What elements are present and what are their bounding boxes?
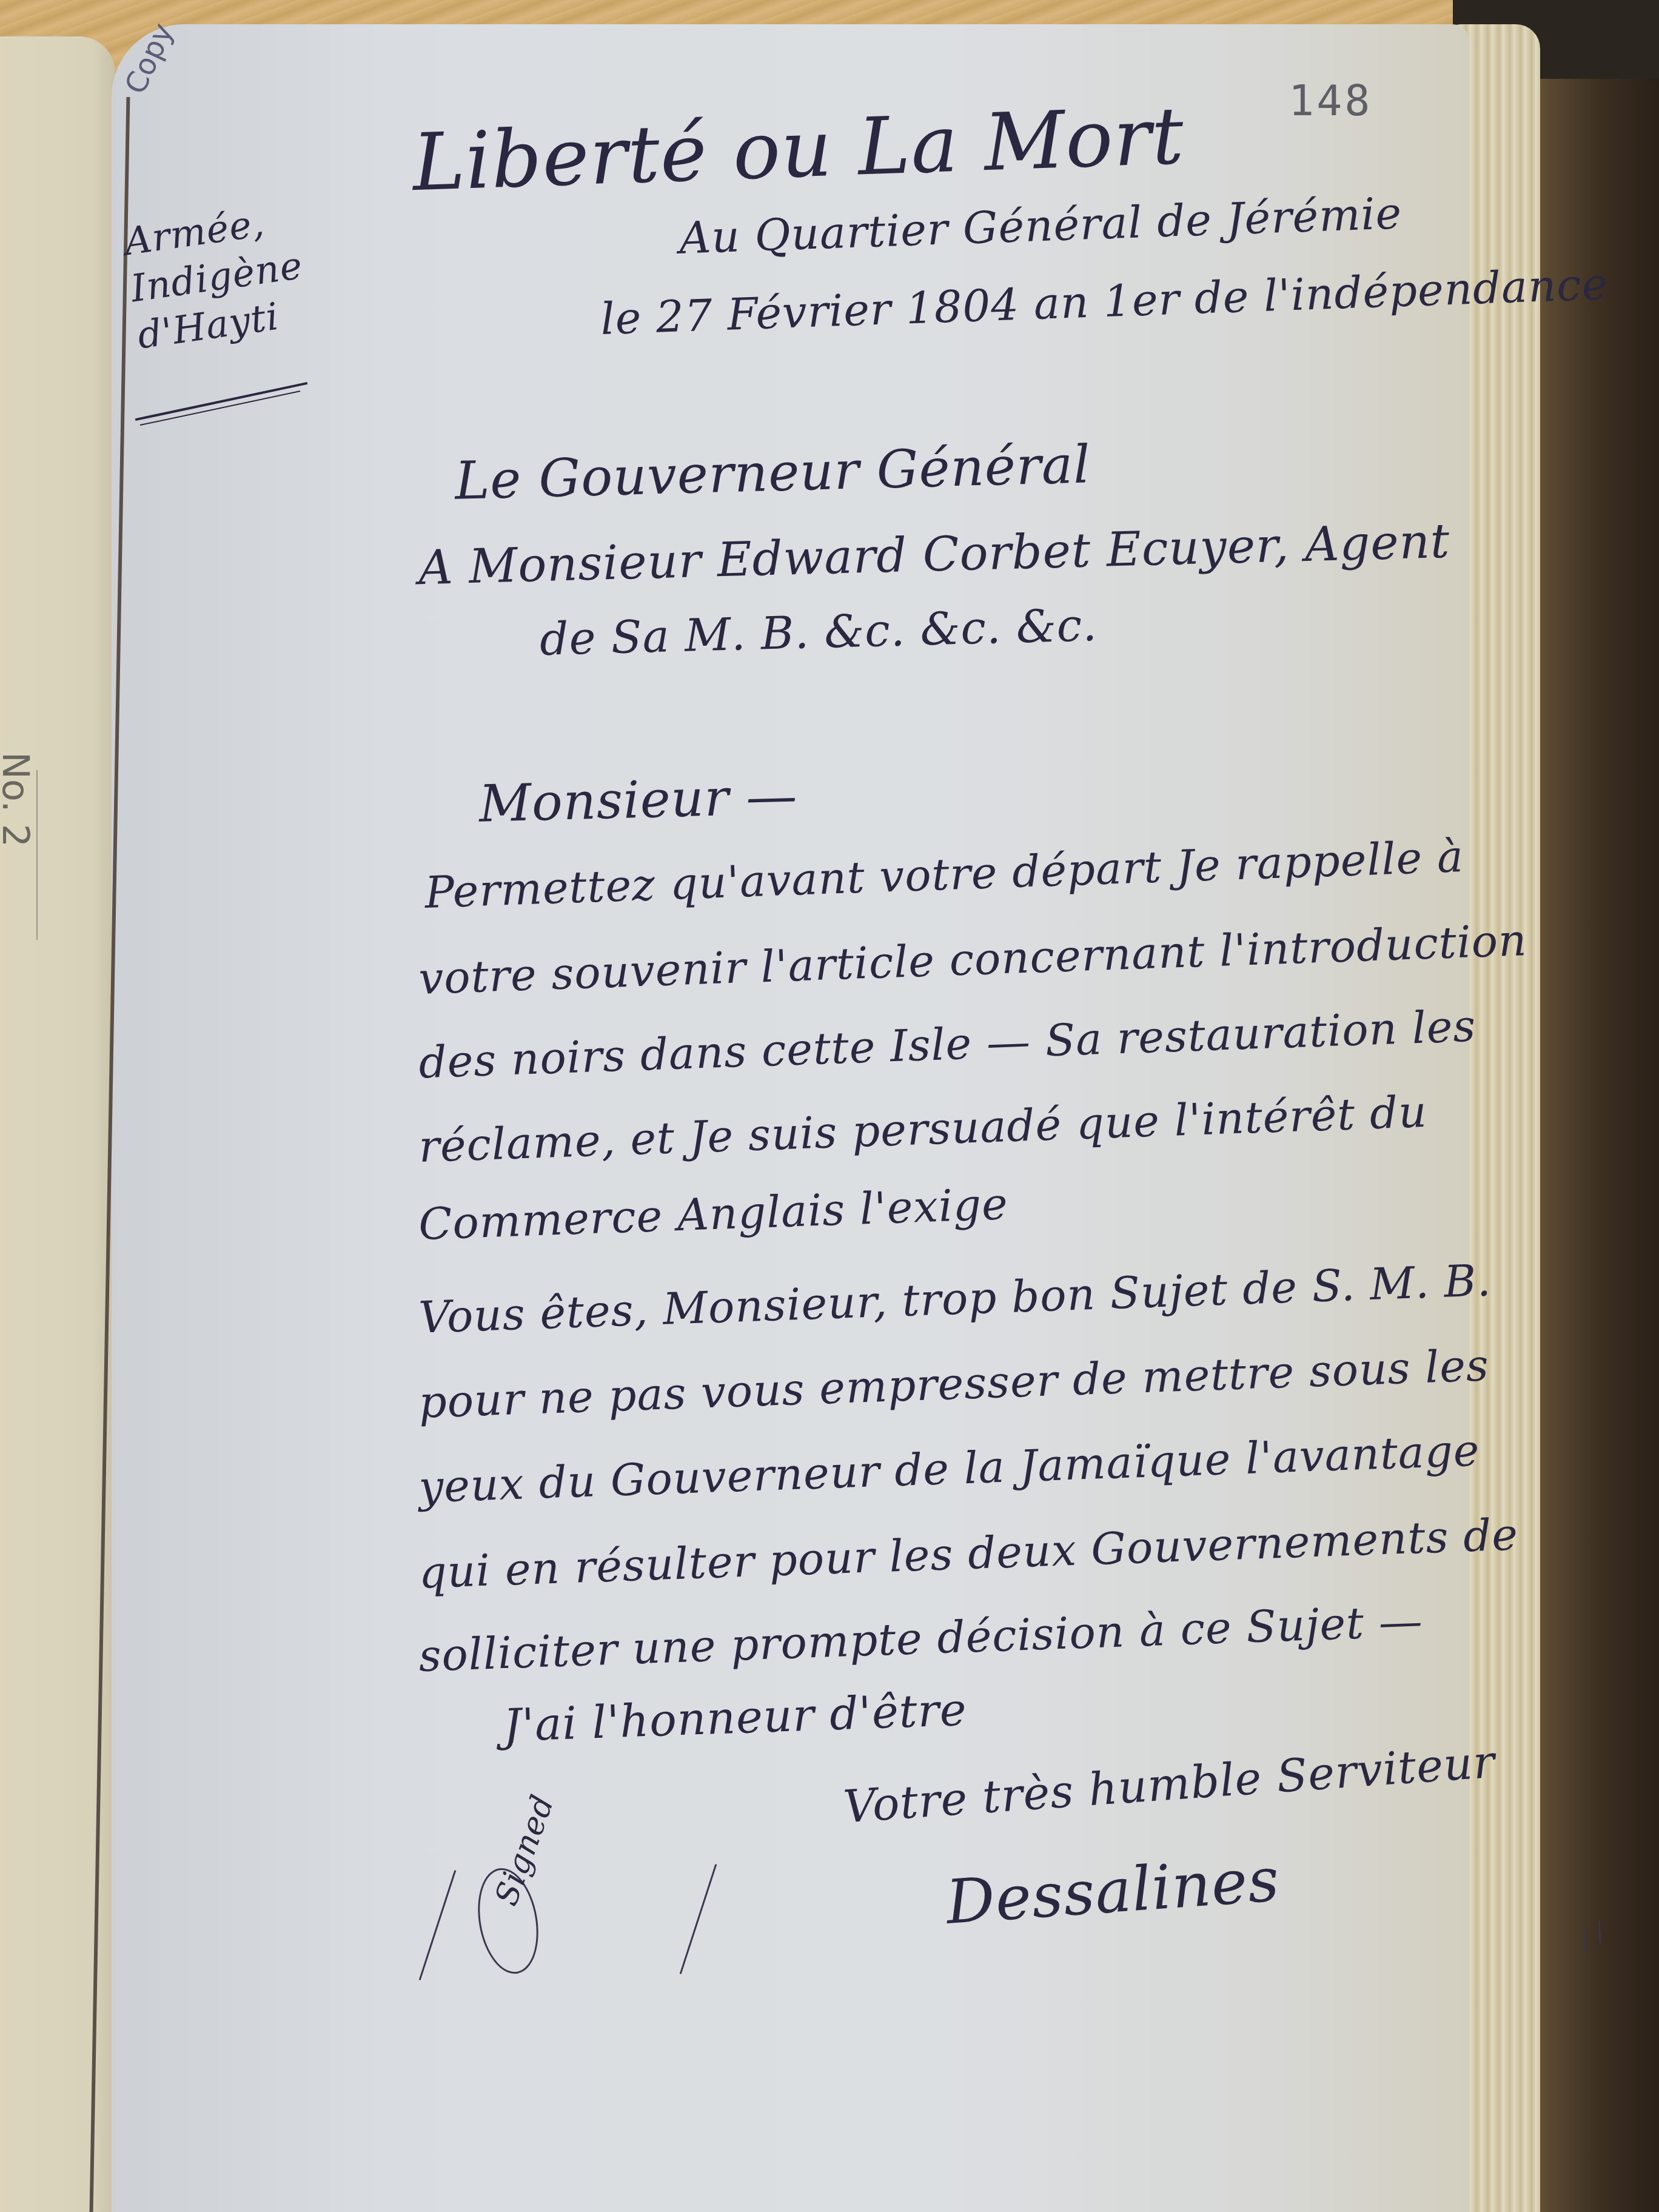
document-photo: No. 2 148 Copy Armée, Indigène d'Hayti L… [0,0,1659,2212]
left-page-pencil-rule [36,770,38,940]
salutation: Monsieur — [478,766,799,834]
left-page-mark: No. 2 [0,752,36,847]
margin-note: Armée, Indigène d'Hayti [121,195,312,359]
folio-number: 148 [1289,76,1372,126]
